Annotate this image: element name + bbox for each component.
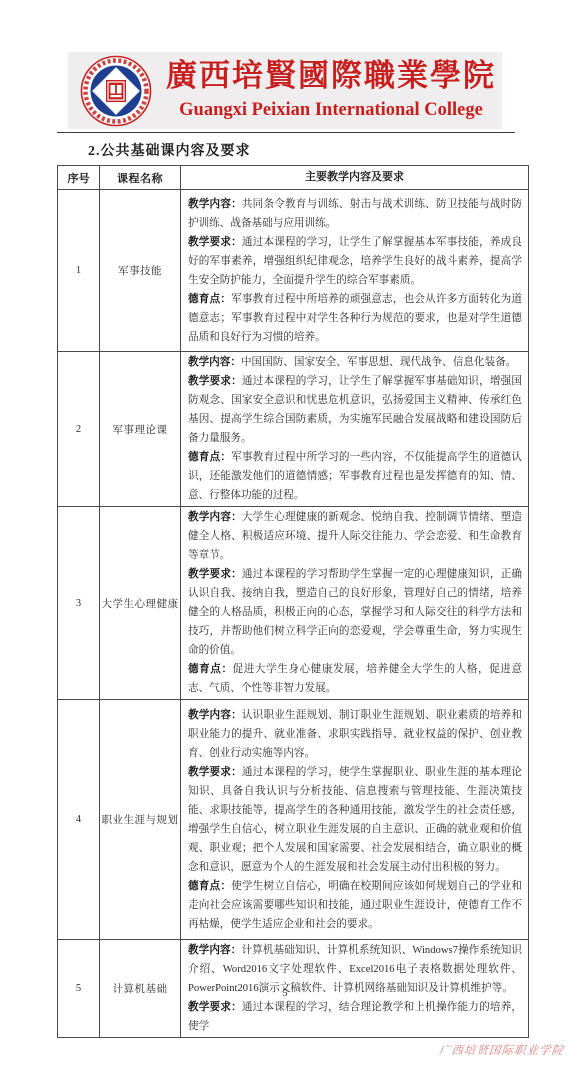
course-content: 教学内容：认识职业生涯规划、制订职业生涯规划、职业素质的培养和职业能力的提升、就… xyxy=(181,700,529,940)
paragraph-label: 教学要求： xyxy=(188,569,242,580)
table-row: 1军事技能教学内容：共同条令教育与训练、射击与战术训练、防卫技能与战时防护训练、… xyxy=(58,190,529,352)
content-paragraph: 教学内容：中国国防、国家安全、军事思想、现代战争、信息化装备。 xyxy=(188,353,522,372)
content-paragraph: 德育点：使学生树立自信心，明确在校期间应该如何规划自己的学业和走向社会应该需要哪… xyxy=(188,877,522,934)
paragraph-label: 教学内容： xyxy=(188,945,241,956)
table-row: 2军事理论课教学内容：中国国防、国家安全、军事思想、现代战争、信息化装备。教学要… xyxy=(58,352,529,507)
paragraph-label: 教学内容： xyxy=(188,199,242,210)
column-header-course-name: 课程名称 xyxy=(100,166,181,190)
college-seal-icon xyxy=(80,55,152,127)
content-paragraph: 教学内容：大学生心理健康的新观念、悦纳自我、控制调节情绪、塑造健全人格、积极适应… xyxy=(188,508,522,565)
column-header-content: 主要教学内容及要求 xyxy=(181,166,529,190)
course-name: 军事技能 xyxy=(100,190,181,352)
page-number: 5 xyxy=(0,988,570,999)
table-header: 序号 课程名称 主要教学内容及要求 xyxy=(58,166,529,190)
content-paragraph: 德育点：军事教育过程中所培养的顽强意志，也会从许多方面转化为道德意志；军事教育过… xyxy=(188,290,522,347)
college-name-english: Guangxi Peixian International College xyxy=(166,98,496,122)
paragraph-label: 教学要求： xyxy=(188,767,242,778)
table-header-row: 序号 课程名称 主要教学内容及要求 xyxy=(58,166,529,190)
course-name: 职业生涯与规划 xyxy=(100,700,181,940)
content-paragraph: 教学内容：共同条令教育与训练、射击与战术训练、防卫技能与战时防护训练、战备基础与… xyxy=(188,195,522,233)
course-table: 序号 课程名称 主要教学内容及要求 1军事技能教学内容：共同条令教育与训练、射击… xyxy=(57,165,529,1038)
content-paragraph: 教学要求：通过本课程的学习，结合理论教学和上机操作能力的培养，使学 xyxy=(188,998,522,1036)
paragraph-label: 德育点： xyxy=(188,294,231,305)
content-paragraph: 教学要求：通过本课程的学习，让学生了解掌握军事基础知识，增强国防观念、国家安全意… xyxy=(188,372,522,448)
college-header: 廣西培賢國際職業學院 Guangxi Peixian International… xyxy=(68,52,502,129)
row-index: 1 xyxy=(58,190,100,352)
content-paragraph: 德育点：促进大学生身心健康发展，培养健全大学生的人格，促进意志、气质、个性等非智… xyxy=(188,660,522,698)
paragraph-text: 中国国防、国家安全、军事思想、现代战争、信息化装备。 xyxy=(241,357,516,368)
table-row: 4职业生涯与规划教学内容：认识职业生涯规划、制订职业生涯规划、职业素质的培养和职… xyxy=(58,700,529,940)
header-divider xyxy=(57,132,515,133)
paragraph-label: 教学要求： xyxy=(188,1002,242,1013)
course-content: 教学内容：大学生心理健康的新观念、悦纳自我、控制调节情绪、塑造健全人格、积极适应… xyxy=(181,507,529,700)
paragraph-text: 促进大学生身心健康发展，培养健全大学生的人格，促进意志、气质、个性等非智力发展。 xyxy=(188,664,522,694)
row-index: 4 xyxy=(58,700,100,940)
paragraph-label: 德育点： xyxy=(188,881,231,892)
footer-watermark: 广西培贤国际职业学院 xyxy=(438,1042,565,1058)
college-seal-logo xyxy=(80,55,152,127)
course-content: 教学内容：共同条令教育与训练、射击与战术训练、防卫技能与战时防护训练、战备基础与… xyxy=(181,190,529,352)
course-content: 教学内容：中国国防、国家安全、军事思想、现代战争、信息化装备。教学要求：通过本课… xyxy=(181,352,529,507)
course-name: 大学生心理健康 xyxy=(100,507,181,700)
content-paragraph: 教学内容：认识职业生涯规划、制订职业生涯规划、职业素质的培养和职业能力的提升、就… xyxy=(188,706,522,763)
section-title: 2.公共基础课内容及要求 xyxy=(88,140,251,160)
paragraph-label: 德育点： xyxy=(188,664,233,675)
paragraph-label: 教学要求： xyxy=(188,376,242,387)
course-table-body: 1军事技能教学内容：共同条令教育与训练、射击与战术训练、防卫技能与战时防护训练、… xyxy=(58,190,529,1038)
paragraph-label: 教学内容： xyxy=(188,357,241,368)
paragraph-label: 教学内容： xyxy=(188,710,242,721)
paragraph-text: 通过本课程的学习，使学生掌握职业、职业生涯的基本理论知识、具备自我认识与分析技能… xyxy=(188,767,522,873)
paragraph-text: 使学生树立自信心，明确在校期间应该如何规划自己的学业和走向社会应该需要哪些知识和… xyxy=(188,881,522,930)
paragraph-label: 德育点： xyxy=(188,452,231,463)
paragraph-text: 军事教育过程中所培养的顽强意志，也会从许多方面转化为道德意志；军事教育过程中对学… xyxy=(188,294,522,343)
course-name: 军事理论课 xyxy=(100,352,181,507)
college-name-chinese: 廣西培賢國際職業學院 xyxy=(166,54,496,98)
content-paragraph: 德育点：军事教育过程中所学习的一些内容，不仅能提高学生的道德认识，还能激发他们的… xyxy=(188,448,522,505)
row-index: 3 xyxy=(58,507,100,700)
content-paragraph: 教学要求：通过本课程的学习，使学生掌握职业、职业生涯的基本理论知识、具备自我认识… xyxy=(188,763,522,877)
content-paragraph: 教学要求：通过本课程的学习帮助学生掌握一定的心理健康知识，正确认识自我、接纳自我… xyxy=(188,565,522,660)
paragraph-label: 教学要求： xyxy=(188,237,242,248)
paragraph-label: 教学内容： xyxy=(188,512,242,523)
column-header-index: 序号 xyxy=(58,166,100,190)
paragraph-text: 通过本课程的学习帮助学生掌握一定的心理健康知识，正确认识自我、接纳自我，塑造自己… xyxy=(188,569,522,656)
document-page: 廣西培賢國際職業學院 Guangxi Peixian International… xyxy=(0,0,570,1080)
college-names: 廣西培賢國際職業學院 Guangxi Peixian International… xyxy=(166,54,496,122)
row-index: 2 xyxy=(58,352,100,507)
paragraph-text: 军事教育过程中所学习的一些内容，不仅能提高学生的道德认识，还能激发他们的道德情感… xyxy=(188,452,522,501)
content-paragraph: 教学要求：通过本课程的学习，让学生了解掌握基本军事技能，养成良好的军事素养，增强… xyxy=(188,233,522,290)
table-row: 3大学生心理健康教学内容：大学生心理健康的新观念、悦纳自我、控制调节情绪、塑造健… xyxy=(58,507,529,700)
